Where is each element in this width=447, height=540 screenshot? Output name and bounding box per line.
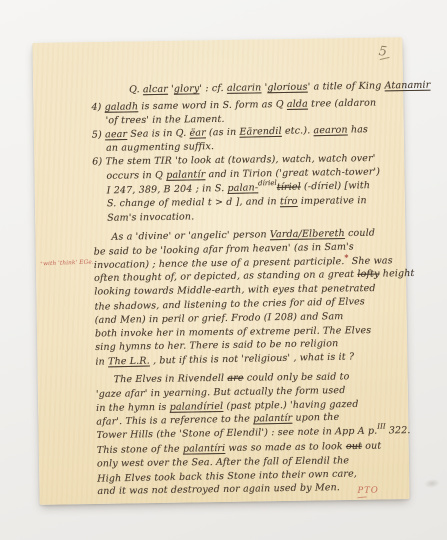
photo-background: 5 ' Q. alcar 'glory' : cf. alcarin 'glor… bbox=[0, 0, 447, 540]
underlined-word: palan- bbox=[227, 182, 258, 194]
superscript-correction: III bbox=[377, 423, 385, 431]
underlined-word: alda bbox=[287, 98, 308, 109]
underlined-word: Atanamir bbox=[385, 80, 431, 92]
pto-mark: PTO bbox=[357, 486, 379, 498]
underlined-word: aear bbox=[105, 129, 127, 140]
underlined-word: palantír bbox=[253, 413, 292, 425]
background-smudge bbox=[423, 478, 440, 489]
underlined-word: palantíri bbox=[183, 443, 226, 455]
underlined-word: galadh bbox=[105, 101, 139, 113]
underlined-word: alcarin bbox=[227, 82, 262, 94]
underlined-word: glory bbox=[174, 83, 200, 94]
underlined-word: tíro bbox=[280, 196, 298, 207]
page-number: 5 bbox=[378, 44, 389, 61]
superscript-correction: díriel bbox=[258, 179, 277, 187]
manuscript-line: Q. alcar 'glory' : cf. alcarin 'glorious… bbox=[91, 79, 393, 98]
struck-word: are bbox=[227, 373, 243, 384]
underlined-word: palandíriel bbox=[170, 401, 224, 413]
underlined-word: ëar bbox=[189, 128, 205, 139]
underlined-word: palantír bbox=[166, 169, 205, 181]
manuscript-paper: 5 ' Q. alcar 'glory' : cf. alcarin 'glor… bbox=[32, 37, 409, 505]
manuscript-text: Q. alcar 'glory' : cf. alcarin 'glorious… bbox=[91, 79, 399, 499]
underlined-word: The L.R. bbox=[108, 356, 150, 368]
margin-note: ⁺with 'think' EGe. bbox=[40, 259, 100, 267]
struck-word: lofty bbox=[357, 269, 379, 280]
underlined-word: aearon bbox=[313, 125, 347, 137]
red-asterisk: * bbox=[344, 253, 348, 262]
underlined-word: alcar bbox=[143, 84, 168, 95]
struck-word: out bbox=[346, 441, 362, 452]
underlined-word: Varda/Elbereth bbox=[270, 228, 345, 240]
struck-word: tíriel bbox=[277, 181, 301, 192]
underlined-word: glorious bbox=[267, 82, 308, 94]
underlined-word: Eärendil bbox=[239, 126, 281, 138]
